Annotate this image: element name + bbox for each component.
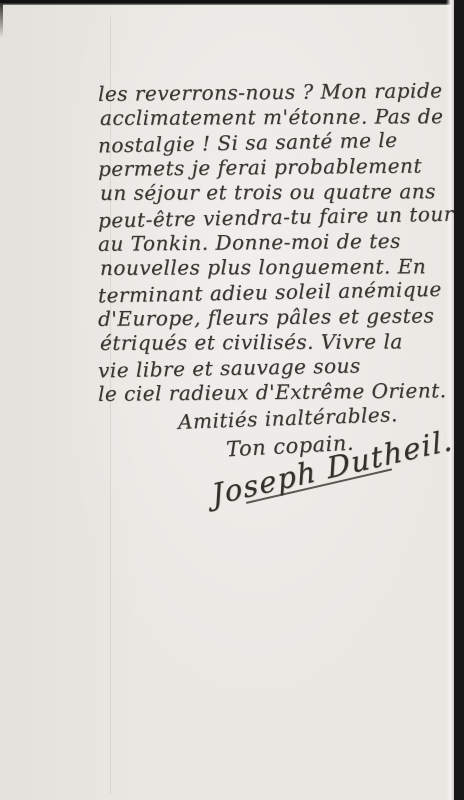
letter-closing: Amitiés inaltérables. [178, 402, 399, 434]
letter-line: permets je ferai probablement [98, 153, 458, 182]
scanned-letter-page: les reverrons-nous ? Mon rapide acclimat… [0, 0, 464, 800]
letter-line: au Tonkin. Donne-moi de tes [98, 228, 458, 257]
scan-edge-left [0, 4, 3, 38]
letter-line: le ciel radieux d'Extrême Orient. [98, 378, 458, 407]
scan-edge-top [0, 0, 464, 5]
letter-line: les reverrons-nous ? Mon rapide [98, 78, 458, 107]
letter-text-block: les reverrons-nous ? Mon rapide acclimat… [98, 80, 458, 405]
letter-line: d'Europe, fleurs pâles et gestes [98, 303, 458, 332]
